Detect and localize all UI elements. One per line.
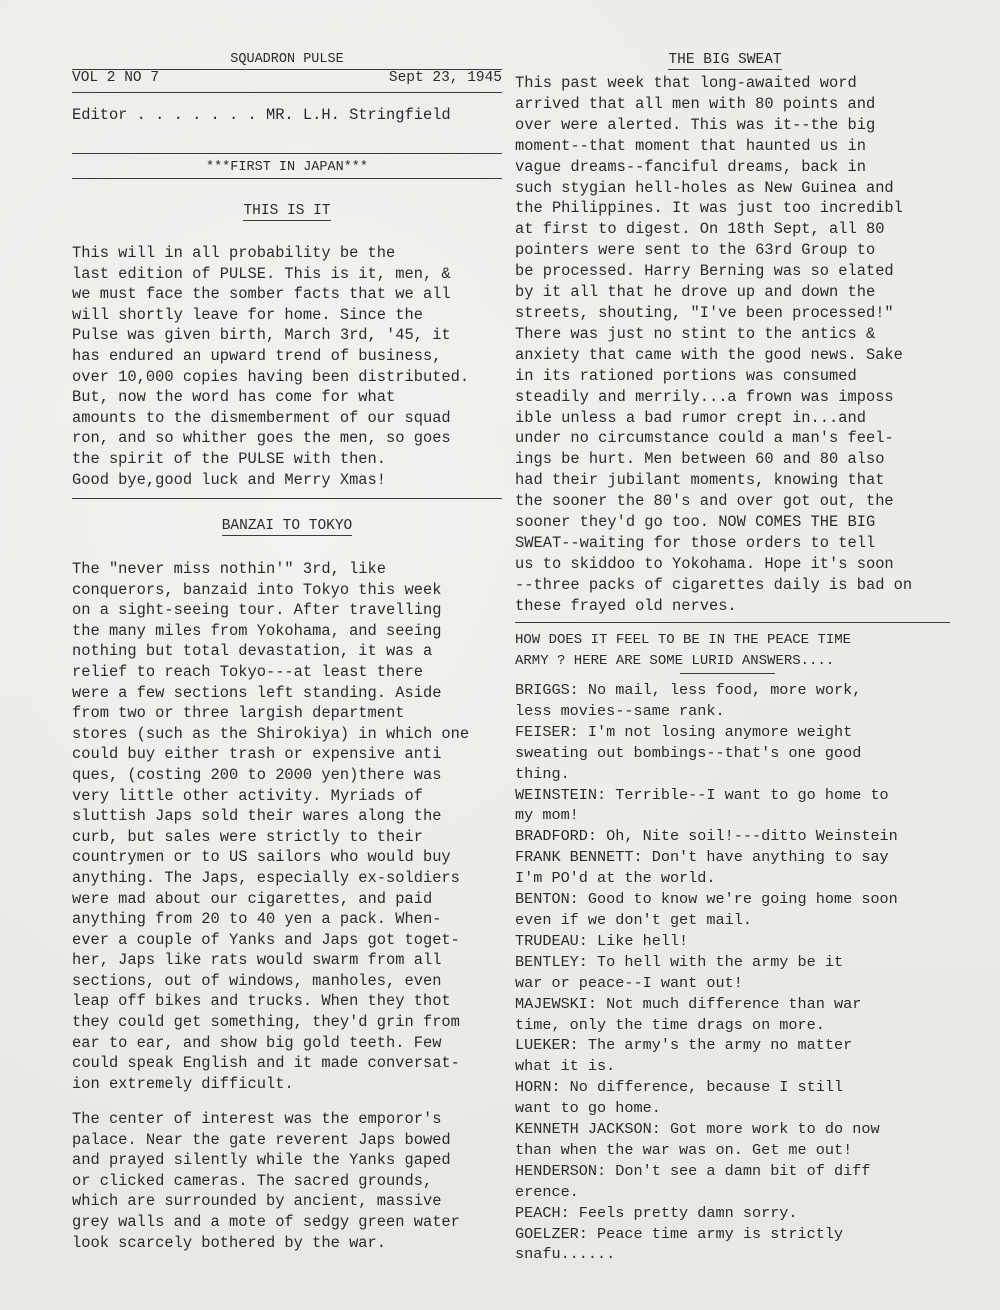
answer-item: PEACH: Feels pretty damn sorry. xyxy=(515,1203,960,1224)
divider xyxy=(72,153,502,154)
answer-item: BENTON: Good to know we're going home so… xyxy=(515,889,960,931)
survey-answers: BRIGGS: No mail, less food, more work, l… xyxy=(515,680,960,1265)
answer-item: KENNETH JACKSON: Got more work to do now… xyxy=(515,1119,960,1161)
article-heading: THIS IS IT xyxy=(72,203,502,219)
answer-item: FEISER: I'm not losing anymore weight sw… xyxy=(515,722,960,785)
answer-item: MAJEWSKI: Not much difference than war t… xyxy=(515,994,960,1036)
divider xyxy=(72,178,502,179)
article-paragraph: But, now the word has come for what amou… xyxy=(72,387,502,469)
heading-the-big-sweat: THE BIG SWEAT xyxy=(668,52,781,70)
article-paragraph: This past week that long-awaited word ar… xyxy=(515,73,960,617)
answer-item: BRADFORD: Oh, Nite soil!---ditto Weinste… xyxy=(515,826,960,847)
answer-item: BRIGGS: No mail, less food, more work, l… xyxy=(515,680,960,722)
article-heading: BANZAI TO TOKYO xyxy=(72,518,502,534)
answer-item: HORN: No difference, because I still wan… xyxy=(515,1077,960,1119)
answer-item: TRUDEAU: Like hell! xyxy=(515,931,960,952)
article-paragraph: This will in all probability be the last… xyxy=(72,243,502,387)
banner: ***FIRST IN JAPAN*** xyxy=(72,160,502,175)
answer-item: BENTLEY: To hell with the army be it war… xyxy=(515,952,960,994)
editor-line: Editor . . . . . . . MR. L.H. Stringfiel… xyxy=(72,106,502,124)
newsletter-page: SQUADRON PULSE VOL 2 NO 7 Sept 23, 1945 … xyxy=(0,0,1000,1310)
answer-item: HENDERSON: Don't see a damn bit of diff … xyxy=(515,1161,960,1203)
article-paragraph: Good bye,good luck and Merry Xmas! xyxy=(72,470,502,491)
answer-item: LUEKER: The army's the army no matter wh… xyxy=(515,1035,960,1077)
underline xyxy=(680,673,775,674)
heading-this-is-it: THIS IS IT xyxy=(243,203,330,221)
right-column: THE BIG SWEAT This past week that long-a… xyxy=(515,0,960,1310)
answer-item: GOELZER: Peace time army is strictly sna… xyxy=(515,1224,960,1266)
answer-item: FRANK BENNETT: Don't have anything to sa… xyxy=(515,847,960,889)
divider xyxy=(515,622,950,623)
article-paragraph: The center of interest was the emporor's… xyxy=(72,1109,502,1253)
answer-item: WEINSTEIN: Terrible--I want to go home t… xyxy=(515,785,960,827)
left-column: SQUADRON PULSE VOL 2 NO 7 Sept 23, 1945 … xyxy=(72,0,502,1310)
issue-line: VOL 2 NO 7 Sept 23, 1945 xyxy=(72,70,502,86)
divider xyxy=(72,92,502,93)
volume-number: VOL 2 NO 7 xyxy=(72,70,159,86)
survey-question: HOW DOES IT FEEL TO BE IN THE PEACE TIME… xyxy=(515,630,960,672)
newsletter-title: SQUADRON PULSE xyxy=(72,52,502,67)
article-paragraph: The "never miss nothin'" 3rd, like conqu… xyxy=(72,559,502,1094)
heading-banzai-to-tokyo: BANZAI TO TOKYO xyxy=(222,518,353,536)
divider xyxy=(72,498,502,499)
article-heading: THE BIG SWEAT xyxy=(515,52,935,68)
issue-date: Sept 23, 1945 xyxy=(389,70,502,86)
